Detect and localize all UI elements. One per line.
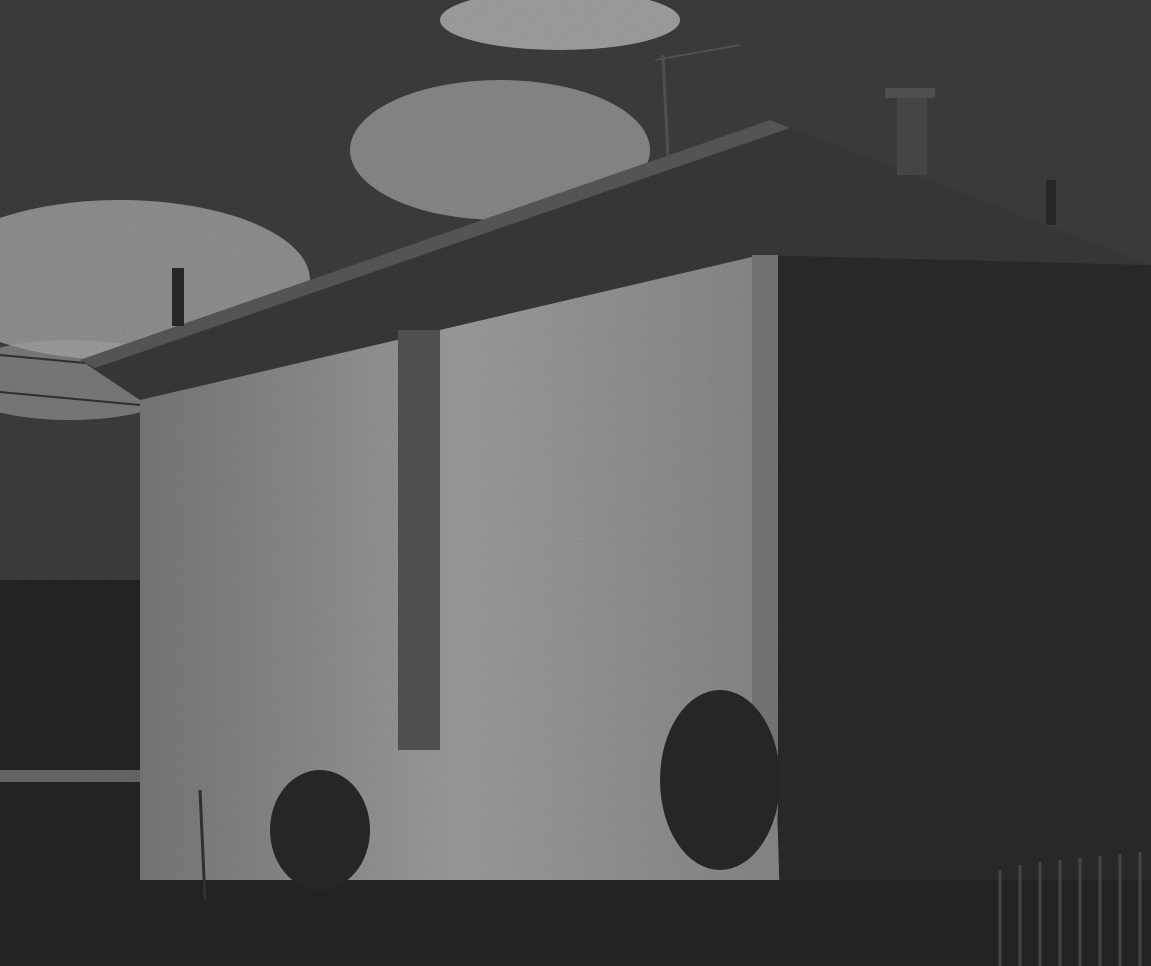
left-wall-line (0, 770, 140, 782)
chimney-left (172, 268, 184, 326)
photograph (0, 0, 1151, 966)
flue-cap (885, 88, 935, 98)
flue (897, 95, 927, 175)
shrub (660, 690, 780, 870)
house-photo (0, 0, 1151, 966)
facade-shadow (760, 255, 1151, 900)
chimney-right (1046, 180, 1056, 225)
downpipe-left (398, 330, 440, 750)
shrub (270, 770, 370, 890)
